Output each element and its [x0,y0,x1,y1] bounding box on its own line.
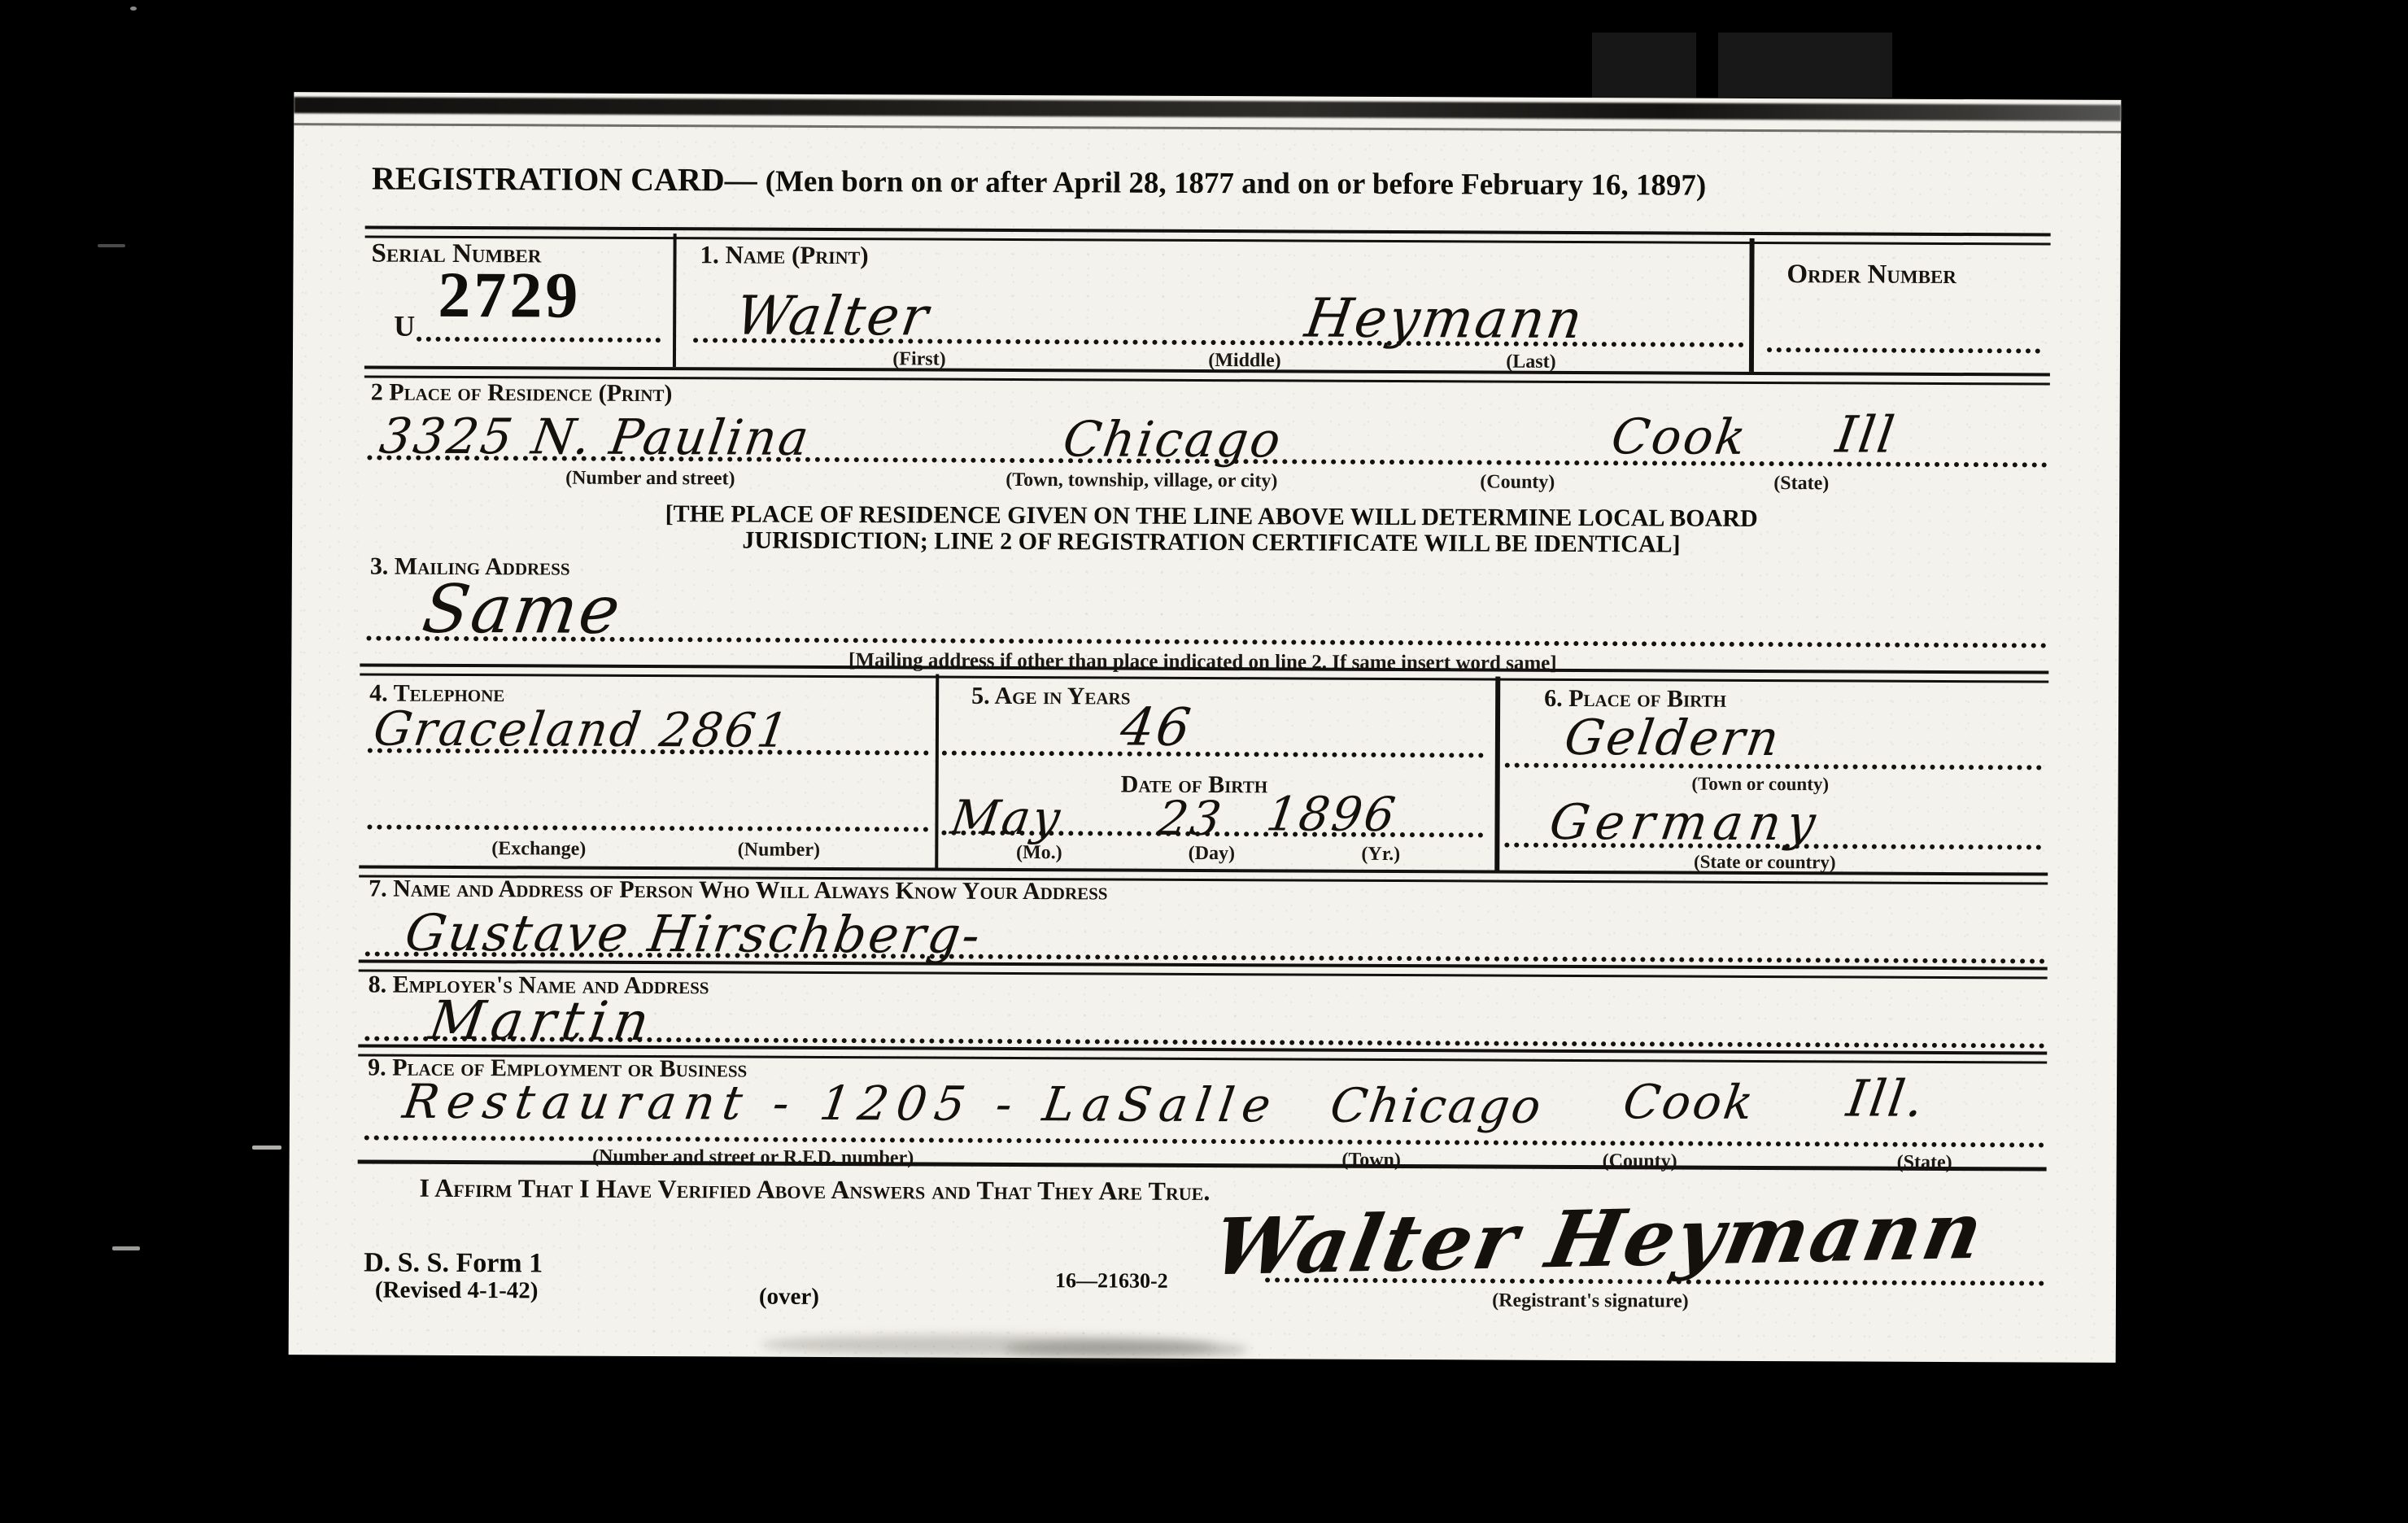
serial-dotted-line [417,337,661,343]
scan-artifact [1592,33,1696,98]
name-field-label: 1. Name (Print) [700,240,868,270]
print-code: 16—21630-2 [1055,1268,1168,1294]
employment-town-handwriting: Chicago [1327,1078,1546,1134]
over-label: (over) [759,1284,819,1311]
serial-number-value: 2729 [438,259,581,334]
divider-serial-name [673,233,677,367]
rule-under-title [365,225,2051,245]
age-dotted-line [942,751,1484,758]
registrant-signature-handwriting: Walter Heymann [1206,1185,1992,1293]
birthplace-dotted-line1 [1505,763,2042,770]
employment-street-handwriting: Restaurant - 1205 - LaSalle [399,1074,1282,1133]
scan-artifact [112,1246,140,1250]
form-number: D. S. S. Form 1 [364,1247,543,1279]
card-title: REGISTRATION CARD— (Men born on or after… [372,159,1707,203]
scan-edge-line [294,123,2121,133]
dob-sub-year: (Yr.) [1361,844,1400,866]
employer-handwriting: Martin [425,989,660,1053]
dob-sub-day: (Day) [1189,843,1235,865]
dob-day-handwriting: 23 [1154,791,1228,846]
registration-card: REGISTRATION CARD— (Men born on or after… [289,92,2122,1363]
contact-label: 7. Name and Address of Person Who Will A… [369,875,1108,906]
order-number-label: Order Number [1786,260,1956,290]
scan-artifact [98,244,125,247]
order-dotted-line [1767,347,2040,353]
telephone-dotted-line2 [367,825,928,832]
birthplace-town-handwriting: Geldern [1561,709,1785,767]
residence-county-handwriting: Cook [1608,408,1751,466]
age-handwriting: 46 [1117,698,1197,758]
card-title-paren: (Men born on or after April 28, 1877 and… [766,165,1707,203]
scanned-registration-card-page: REGISTRATION CARD— (Men born on or after… [0,0,2408,1523]
divider-age-birth [1494,677,1500,872]
scan-artifact [130,7,137,11]
rule-row3-bottom [360,663,2048,683]
card-title-main: REGISTRATION CARD— [372,160,757,199]
residence-state-handwriting: Ill [1832,404,1900,464]
employment-state-handwriting: Ill. [1843,1068,1930,1128]
scan-artifact [252,1146,281,1150]
residence-sub-town: (Town, township, village, or city) [1006,469,1277,492]
mailing-dotted-line [366,636,2047,648]
jurisdiction-note-line2: JURISDICTION; LINE 2 OF REGISTRATION CER… [414,526,2009,561]
signature-sub-label: (Registrant's signature) [1492,1290,1689,1313]
birthplace-sub-town: (Town or county) [1691,774,1829,796]
residence-sub-county: (County) [1480,471,1555,493]
form-revision: (Revised 4-1-42) [375,1277,539,1305]
scan-edge-shadow [294,97,2121,121]
dob-month-handwriting: May [948,790,1067,846]
residence-sub-street: (Number and street) [565,468,735,491]
residence-label: 2 Place of Residence (Print) [371,379,673,408]
telephone-sub-number: (Number) [738,839,820,861]
serial-number-prefix: U [394,309,415,343]
divider-telephone-age [935,674,939,870]
telephone-sub-exchange: (Exchange) [491,838,586,861]
age-label: 5. Age in Years [971,683,1130,711]
scan-artifact [1718,33,1892,98]
birthplace-sub-country: (State or country) [1694,852,1836,874]
employment-county-handwriting: Cook [1620,1074,1759,1130]
dob-sub-month: (Mo.) [1016,842,1062,864]
divider-name-order [1749,238,1755,372]
residence-sub-state: (State) [1773,473,1829,495]
affirmation-text: I Affirm That I Have Verified Above Answ… [419,1173,1210,1207]
